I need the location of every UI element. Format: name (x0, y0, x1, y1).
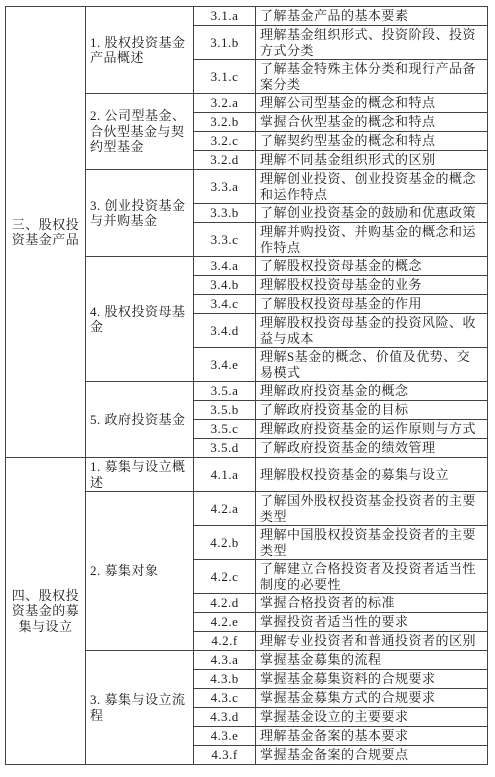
section-cell: 3. 募集与设立流程 (86, 651, 194, 765)
item-desc: 理解基金备案的基本要求 (256, 727, 488, 746)
item-desc: 理解专业投资者和普通投资者的区别 (256, 632, 488, 651)
item-code: 3.2.b (194, 113, 256, 132)
item-code: 4.1.a (194, 458, 256, 492)
item-desc: 了解股权投资母基金的概念 (256, 257, 488, 276)
section-cell: 3. 创业投资基金与并购基金 (86, 170, 194, 257)
table-row: 四、股权投资基金的募集与设立 1. 募集与设立概述 4.1.a 理解股权投资基金… (6, 458, 488, 492)
chapter-cell: 三、股权投资基金产品 (6, 7, 86, 458)
item-code: 4.2.b (194, 526, 256, 560)
item-desc: 了解股权投资母基金的作用 (256, 295, 488, 314)
item-desc: 掌握基金募集方式的合规要求 (256, 689, 488, 708)
section-cell: 1. 股权投资基金产品概述 (86, 7, 194, 94)
item-desc: 理解中国股权投资基金投资者的主要类型 (256, 526, 488, 560)
item-desc: 掌握投资者适当性的要求 (256, 613, 488, 632)
item-desc: 了解政府投资基金的绩效管理 (256, 439, 488, 458)
item-desc: 理解基金组织形式、投资阶段、投资方式分类 (256, 26, 488, 60)
item-desc: 掌握合伙型基金的概念和特点 (256, 113, 488, 132)
item-desc: 理解公司型基金的概念和特点 (256, 94, 488, 113)
item-code: 4.3.f (194, 746, 256, 765)
item-code: 4.2.a (194, 492, 256, 526)
item-code: 3.3.b (194, 204, 256, 223)
item-desc: 理解政府投资基金的概念 (256, 382, 488, 401)
item-code: 4.2.c (194, 560, 256, 594)
item-code: 4.3.c (194, 689, 256, 708)
item-code: 4.3.d (194, 708, 256, 727)
item-code: 3.2.c (194, 132, 256, 151)
item-desc: 了解基金产品的基本要素 (256, 7, 488, 26)
item-code: 3.2.d (194, 151, 256, 170)
section-cell: 2. 募集对象 (86, 492, 194, 651)
item-code: 3.4.a (194, 257, 256, 276)
item-code: 3.1.a (194, 7, 256, 26)
item-code: 3.2.a (194, 94, 256, 113)
item-desc: 了解政府投资基金的目标 (256, 401, 488, 420)
item-code: 3.4.e (194, 348, 256, 382)
item-code: 3.5.d (194, 439, 256, 458)
item-desc: 理解S基金的概念、价值及优势、交易模式 (256, 348, 488, 382)
item-code: 3.5.b (194, 401, 256, 420)
item-code: 3.1.b (194, 26, 256, 60)
item-code: 3.4.c (194, 295, 256, 314)
section-cell: 5. 政府投资基金 (86, 382, 194, 458)
item-desc: 掌握基金募集的流程 (256, 651, 488, 670)
chapter-cell: 四、股权投资基金的募集与设立 (6, 458, 86, 765)
item-code: 3.4.d (194, 314, 256, 348)
item-code: 3.3.a (194, 170, 256, 204)
item-desc: 理解不同基金组织形式的区别 (256, 151, 488, 170)
item-code: 3.1.c (194, 60, 256, 94)
item-desc: 理解股权投资基金的募集与设立 (256, 458, 488, 492)
item-code: 4.2.f (194, 632, 256, 651)
item-code: 4.3.e (194, 727, 256, 746)
item-code: 4.3.a (194, 651, 256, 670)
item-code: 4.2.e (194, 613, 256, 632)
table-row: 三、股权投资基金产品 1. 股权投资基金产品概述 3.1.a 了解基金产品的基本… (6, 7, 488, 26)
document-page: 三、股权投资基金产品 1. 股权投资基金产品概述 3.1.a 了解基金产品的基本… (0, 0, 495, 777)
item-code: 3.5.a (194, 382, 256, 401)
item-code: 4.3.b (194, 670, 256, 689)
item-desc: 掌握基金募集资料的合规要求 (256, 670, 488, 689)
item-desc: 掌握基金备案的合规要点 (256, 746, 488, 765)
section-cell: 1. 募集与设立概述 (86, 458, 194, 492)
item-desc: 掌握基金设立的主要要求 (256, 708, 488, 727)
item-code: 4.2.d (194, 594, 256, 613)
item-desc: 掌握合格投资者的标准 (256, 594, 488, 613)
item-code: 3.3.c (194, 223, 256, 257)
section-cell: 2. 公司型基金、合伙型基金与契约型基金 (86, 94, 194, 170)
item-desc: 了解基金特殊主体分类和现行产品备案分类 (256, 60, 488, 94)
item-desc: 了解创业投资基金的鼓励和优惠政策 (256, 204, 488, 223)
item-desc: 理解股权投资母基金的业务 (256, 276, 488, 295)
item-desc: 了解国外股权投资基金投资者的主要类型 (256, 492, 488, 526)
item-desc: 了解契约型基金的概念和特点 (256, 132, 488, 151)
syllabus-table: 三、股权投资基金产品 1. 股权投资基金产品概述 3.1.a 了解基金产品的基本… (5, 6, 488, 765)
item-desc: 理解并购投资、并购基金的概念和运作特点 (256, 223, 488, 257)
section-cell: 4. 股权投资母基金 (86, 257, 194, 382)
item-desc: 了解建立合格投资者及投资者适当性制度的必要性 (256, 560, 488, 594)
item-code: 3.4.b (194, 276, 256, 295)
item-desc: 理解政府投资基金的运作原则与方式 (256, 420, 488, 439)
item-desc: 理解创业投资、创业投资基金的概念和运作特点 (256, 170, 488, 204)
item-desc: 理解股权投资母基金的投资风险、收益与成本 (256, 314, 488, 348)
item-code: 3.5.c (194, 420, 256, 439)
